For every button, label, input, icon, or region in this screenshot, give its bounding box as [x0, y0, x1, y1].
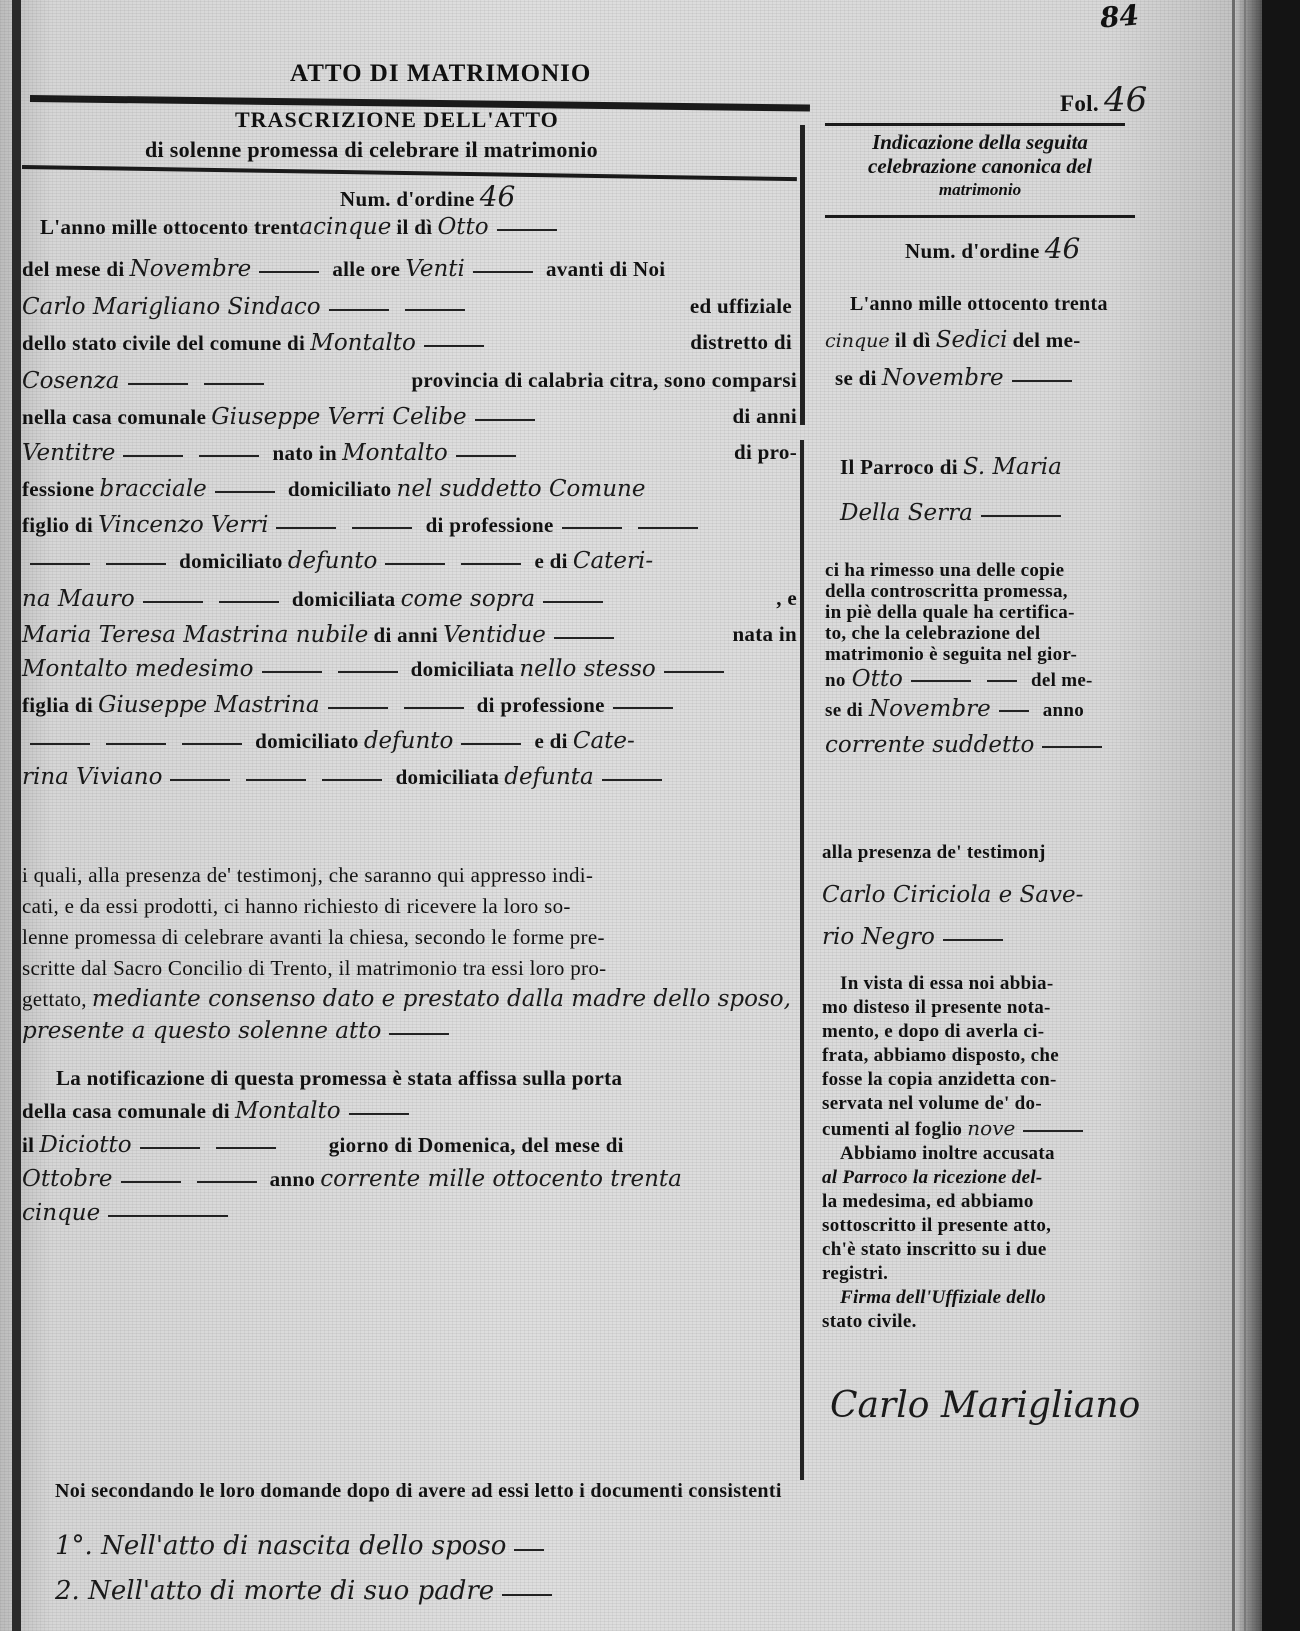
printed-text: cumenti al foglio [822, 1119, 962, 1140]
document-page: 84 ATTO DI MATRIMONIO Fol. 46 TRASCRIZIO… [0, 0, 1300, 1631]
printed-text: domiciliata [396, 765, 500, 789]
corner-page-number: 84 [1099, 0, 1141, 35]
form-line: Montalto medesimo domiciliata nello stes… [22, 656, 732, 682]
printed-text: figlia di [22, 693, 93, 717]
printed-text: della casa comunale di [22, 1099, 230, 1123]
handwritten-text: Montalto [310, 330, 416, 356]
form-line: Ventitre nato in Montalto di pro- [22, 440, 797, 466]
form-line: Carlo Marigliano Sindaco ed uffiziale [22, 294, 792, 320]
paragraph-line: In vista di essa noi abbia- [822, 972, 1091, 996]
paragraph-line: Abbiamo inoltre accusata [822, 1142, 1091, 1166]
paragraph-line: servata nel volume de' do- [822, 1092, 1091, 1116]
signature-label: stato civile. [822, 1310, 1091, 1334]
order-value: 46 [480, 180, 516, 213]
handwritten-text: mediante consenso dato e prestato dalla … [92, 986, 791, 1012]
paragraph-line: to, che la celebrazione del [825, 623, 1110, 644]
printed-text: , e [776, 586, 797, 611]
handwritten-text: acinque [299, 214, 391, 240]
handwritten-text: nove [967, 1116, 1015, 1140]
order-label: Num. d'ordine [340, 187, 475, 211]
paragraph-line: mento, e dopo di averla ci- [822, 1020, 1091, 1044]
form-line: domiciliato defunto e di Cate- [22, 728, 797, 754]
printed-text: di pro- [734, 440, 797, 465]
order-number: Num. d'ordine 46 [340, 180, 515, 213]
signature-label: Firma dell'Uffiziale dello [822, 1286, 1091, 1310]
left-heading-1: TRASCRIZIONE DELL'ATTO [235, 107, 559, 133]
printed-text: figlio di [22, 513, 93, 537]
paragraph-line: fosse la copia anzidetta con- [822, 1068, 1091, 1092]
printed-text: se di [835, 366, 877, 390]
printed-text: domiciliato [288, 477, 392, 501]
handwritten-text: presente a questo solenne atto [22, 1018, 381, 1044]
heading-line: matrimonio [835, 178, 1125, 202]
paragraph-line: frata, abbiamo disposto, che [822, 1044, 1091, 1068]
handwritten-text: Vincenzo Verri [98, 512, 268, 538]
handwritten-text: Venti [405, 256, 465, 282]
column-divider [800, 125, 805, 425]
right-heading-rule [825, 215, 1135, 218]
page-shadow [1262, 0, 1300, 1631]
column-divider [800, 440, 804, 1480]
handwritten-text: Carlo Marigliano Sindaco [22, 294, 321, 320]
handwritten-text: Cate- [573, 728, 635, 754]
header-rule-right [825, 123, 1125, 126]
remit-block: ci ha rimesso una delle copie della cont… [825, 560, 1110, 766]
handwritten-text: Giuseppe Verri Celibe [211, 404, 466, 430]
handwritten-text: Novembre [869, 696, 991, 722]
printed-text: ed uffiziale [690, 294, 792, 319]
printed-text: dello stato civile del comune di [22, 331, 305, 355]
form-line: figlia di Giuseppe Mastrina di professio… [22, 692, 681, 718]
document-item: 1°. Nell'atto di nascita dello sposo [55, 1531, 506, 1561]
handwritten-text: bracciale [100, 476, 207, 502]
form-line: fessione bracciale domiciliato nel sudde… [22, 476, 645, 502]
handwritten-text: Della Serra [840, 500, 973, 526]
handwritten-text: Novembre [882, 365, 1004, 391]
printed-text: il dì [895, 328, 931, 352]
handwritten-text: Cosenza [22, 368, 120, 394]
printed-text: alla presenza de' testimonj [822, 832, 1083, 874]
footer-text: Noi secondando le loro domande dopo di a… [55, 1480, 782, 1503]
handwritten-text: Montalto medesimo [22, 656, 254, 682]
form-line: figlio di Vincenzo Verri di professione [22, 512, 706, 538]
document-title: ATTO DI MATRIMONIO [290, 60, 591, 88]
printed-text: nella casa comunale [22, 405, 206, 429]
form-line: nella casa comunale Giuseppe Verri Celib… [22, 404, 797, 430]
form-line: L'anno mille ottocento trentacinque il d… [40, 214, 565, 240]
document-item: 2. Nell'atto di morte di suo padre [55, 1576, 494, 1606]
handwritten-text: cinque [22, 1200, 100, 1226]
request-paragraph: i quali, alla presenza de' testimonj, ch… [22, 860, 791, 1048]
printed-text: domiciliata [292, 587, 396, 611]
printed-text: di professione [477, 693, 605, 717]
right-date-block: L'anno mille ottocento trenta cinque il … [825, 286, 1108, 398]
handwritten-text: na Mauro [22, 586, 135, 612]
printed-text: del me- [1031, 670, 1093, 691]
printed-text: L'anno mille ottocento trent [40, 215, 299, 239]
printed-text: il [22, 1133, 34, 1157]
handwritten-text: Otto [852, 666, 903, 692]
form-line: rina Viviano domiciliata defunta [22, 764, 670, 790]
witness-block: alla presenza de' testimonj Carlo Cirici… [822, 832, 1083, 960]
paragraph-line: scritte dal Sacro Concilio di Trento, il… [22, 953, 791, 984]
handwritten-text: Otto [437, 214, 488, 240]
printed-text: avanti di Noi [546, 257, 665, 281]
left-heading-2: di solenne promessa di celebrare il matr… [145, 137, 598, 163]
officer-signature: Carlo Marigliano [830, 1385, 1140, 1426]
handwritten-text: S. Maria [963, 454, 1062, 480]
handwritten-text: come sopra [401, 586, 536, 612]
printed-text: nata in [732, 622, 797, 647]
handwritten-text: Diciotto [39, 1132, 131, 1158]
binding-edge [12, 0, 21, 1631]
documents-list: 1°. Nell'atto di nascita dello sposo 2. … [55, 1525, 560, 1615]
printed-text: se di [825, 700, 863, 721]
right-heading: Indicazione della seguita celebrazione c… [835, 130, 1125, 202]
handwritten-text: Ventitre [22, 440, 115, 466]
notification-paragraph: La notificazione di questa promessa è st… [22, 1062, 682, 1231]
printed-text: domiciliata [411, 657, 515, 681]
form-line: dello stato civile del comune di Montalt… [22, 330, 792, 356]
printed-text: del mese di [22, 257, 124, 281]
paragraph-line: cati, e da essi prodotti, ci hanno richi… [22, 891, 791, 922]
printed-text: anno [1043, 700, 1084, 721]
heading-rule [22, 165, 797, 181]
handwritten-text: defunta [504, 764, 593, 790]
printed-text: e di [534, 549, 567, 573]
folio-number: 46 [1104, 80, 1147, 120]
paragraph-line: La notificazione di questa promessa è st… [22, 1062, 682, 1095]
heading-line: celebrazione canonica del [835, 154, 1125, 178]
form-line: Cosenza provincia di calabria citra, son… [22, 368, 797, 394]
folio-label: Fol. [1060, 91, 1099, 116]
handwritten-text: Giuseppe Mastrina [98, 692, 320, 718]
printed-text: anno [270, 1167, 316, 1191]
paragraph-line: mo disteso il presente nota- [822, 996, 1091, 1020]
paragraph-line: ci ha rimesso una delle copie [825, 560, 1110, 581]
handwritten-text: Carlo Ciriciola e Save- [822, 874, 1083, 916]
handwritten-text: nello stesso [519, 656, 655, 682]
paragraph-line: lenne promessa di celebrare avanti la ch… [22, 922, 791, 953]
paragraph-line: al Parroco la ricezione del- [822, 1166, 1091, 1190]
handwritten-text: nel suddetto Comune [397, 476, 646, 502]
order-value: 46 [1045, 232, 1081, 265]
printed-text: domiciliato [179, 549, 283, 573]
printed-text: di anni [374, 623, 439, 647]
handwritten-text: Montalto [342, 440, 448, 466]
handwritten-text: Montalto [235, 1098, 341, 1124]
paragraph-line: registri. [822, 1262, 1091, 1286]
printed-text: Il Parroco di [840, 455, 958, 479]
paragraph-line: matrimonio è seguita nel gior- [825, 644, 1110, 665]
margin-rule [1244, 0, 1246, 1631]
printed-text: di anni [732, 404, 797, 429]
margin-rule [1232, 0, 1235, 1631]
form-line: del mese di Novembre alle ore Venti avan… [22, 256, 665, 282]
printed-text: fessione [22, 477, 94, 501]
paragraph-line: sottoscritto il presente atto, [822, 1214, 1091, 1238]
handwritten-text: corrente suddetto [825, 732, 1034, 758]
handwritten-text: defunto [364, 728, 454, 754]
form-line: Maria Teresa Mastrina nubile di anni Ven… [22, 622, 797, 648]
printed-text: no [825, 670, 846, 691]
printed-text: del me- [1013, 328, 1081, 352]
paragraph-line: ch'è stato inscritto su i due [822, 1238, 1091, 1262]
handwritten-text: cinque [825, 330, 890, 352]
handwritten-text: Ventidue [443, 622, 546, 648]
printed-text: giorno di Domenica, del mese di [329, 1133, 624, 1157]
handwritten-text: Ottobre [22, 1166, 113, 1192]
handwritten-text: defunto [288, 548, 378, 574]
closing-block: In vista di essa noi abbia- mo disteso i… [822, 972, 1091, 1334]
printed-text: provincia di calabria citra, sono compar… [411, 368, 797, 393]
printed-text: distretto di [690, 330, 792, 355]
paragraph-line: i quali, alla presenza de' testimonj, ch… [22, 860, 791, 891]
paragraph-line: della controscritta promessa, [825, 581, 1110, 602]
form-line: na Mauro domiciliata come sopra , e [22, 586, 797, 612]
paragraph-line: gettato, [22, 987, 87, 1011]
printed-text: e di [534, 729, 567, 753]
right-order-number: Num. d'ordine 46 [905, 232, 1080, 265]
paragraph-line: in piè della quale ha certifica- [825, 602, 1110, 623]
handwritten-text: Cateri- [573, 548, 653, 574]
handwritten-text: rio Negro [822, 924, 935, 950]
order-label: Num. d'ordine [905, 239, 1040, 263]
printed-text: L'anno mille ottocento trenta [825, 286, 1108, 322]
handwritten-text: corrente mille ottocento trenta [320, 1166, 682, 1192]
handwritten-text: Maria Teresa Mastrina nubile [22, 622, 368, 648]
form-line: domiciliato defunto e di Cateri- [22, 548, 797, 574]
printed-text: domiciliato [255, 729, 359, 753]
handwritten-text: rina Viviano [22, 764, 162, 790]
handwritten-text: Novembre [130, 256, 252, 282]
folio: Fol. 46 [1060, 80, 1147, 120]
printed-text: il dì [396, 215, 432, 239]
printed-text: nato in [272, 441, 337, 465]
heading-line: Indicazione della seguita [835, 130, 1125, 154]
printed-text: di professione [426, 513, 554, 537]
handwritten-text: Sedici [936, 327, 1008, 353]
printed-text: alle ore [332, 257, 400, 281]
parroco-block: Il Parroco di S. Maria Della Serra [840, 445, 1069, 537]
paragraph-line: la medesima, ed abbiamo [822, 1190, 1091, 1214]
